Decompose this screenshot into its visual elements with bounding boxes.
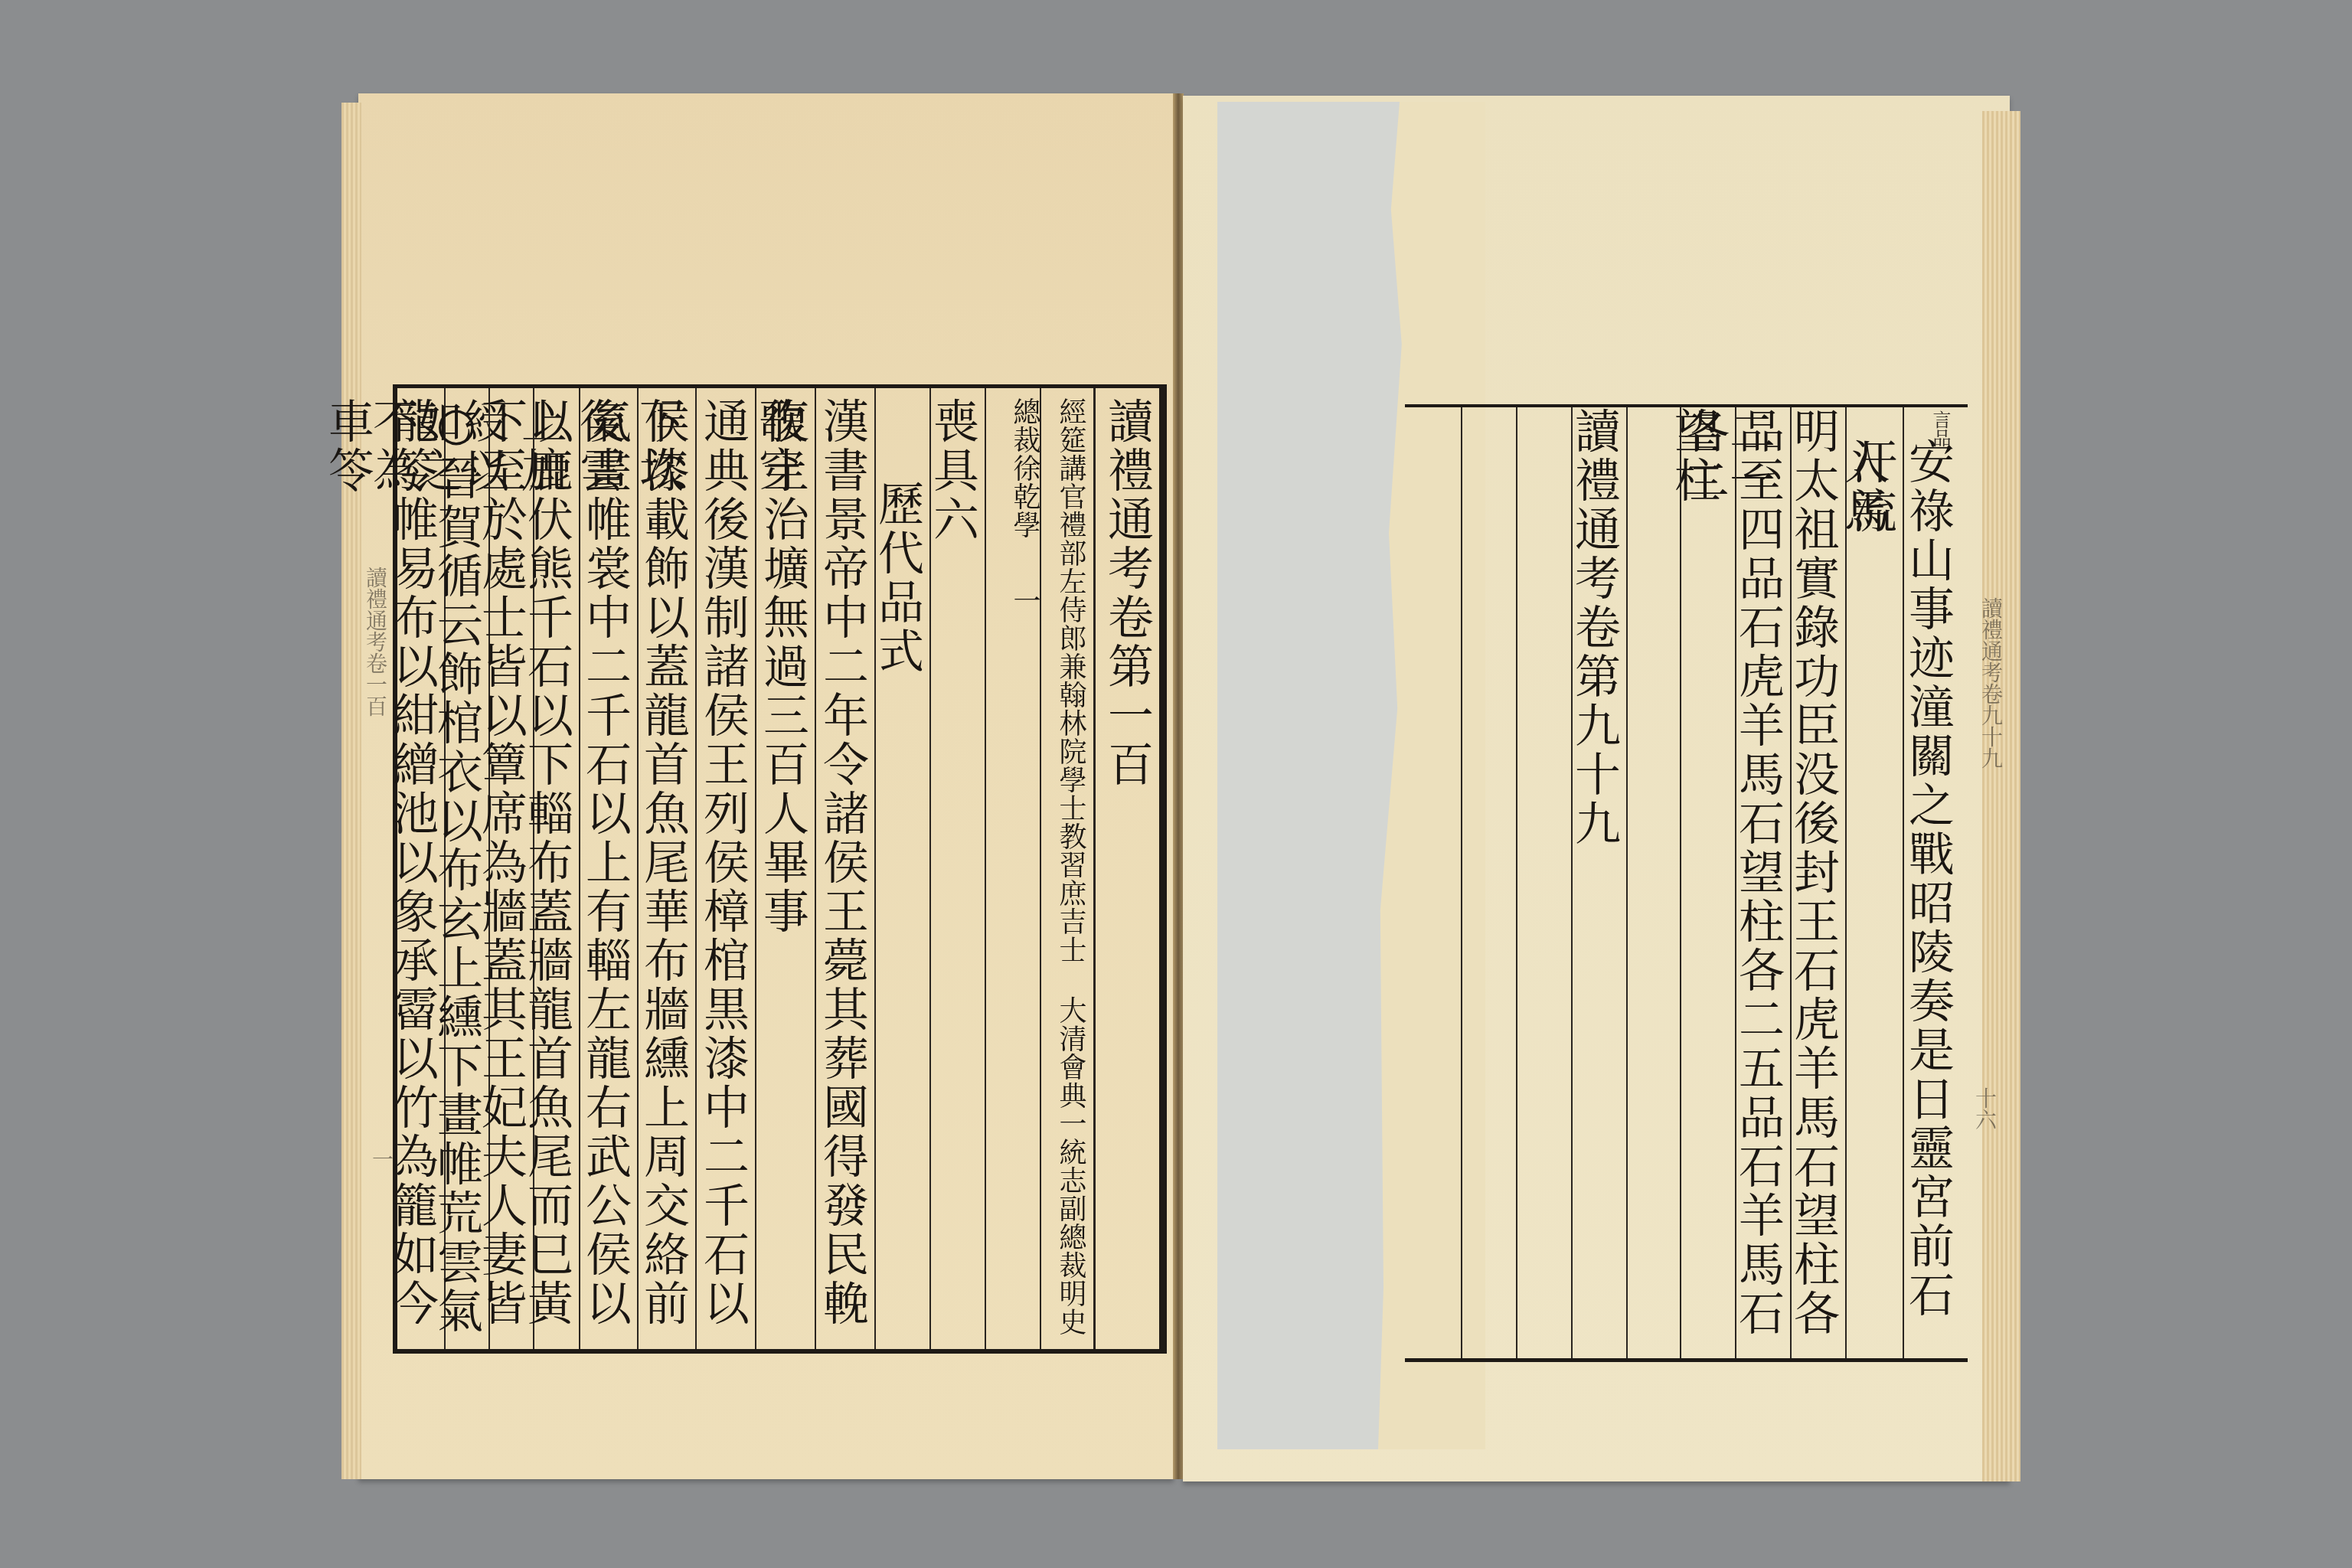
text-column: ○晉賀循云飾棺衣以布玄上纁下畫帷荒雲氣不為 (444, 388, 488, 1349)
text-column: 龍笭帷易布以紺繒池以象承霤以竹為籠如今車笭 (397, 388, 444, 1349)
blank-column (1626, 407, 1680, 1358)
section-heading: 喪具六 (929, 388, 985, 1349)
right-fold-margin-title: 讀禮通考卷九十九 (1975, 597, 2006, 769)
author-line: 經筵講官禮部左侍郎兼翰林院學士教習庶吉士 大清會典一統志副總裁明史總裁徐乾學 一 (1040, 388, 1093, 1349)
text-column: 品至四品石虎羊馬石望柱各二五品石羊馬石望柱 (1735, 407, 1790, 1358)
text-column: 以鹿伏熊千石以下輜布蓋牆龍首魚尾而巳黃綬以 (533, 388, 579, 1349)
repair-paper-insert (1217, 102, 1409, 1449)
left-text-frame: 讀禮通考卷第一百 經筵講官禮部左侍郎兼翰林院學士教習庶吉士 大清會典一統志副總裁… (393, 384, 1167, 1354)
volume-title: 讀禮通考卷第一百 (1093, 388, 1159, 1349)
text-column: 復土治壙無過三百人畢事 (755, 388, 815, 1349)
text-column: 氣畫帷裳中二千石以上有輜左龍右武公侯以上加 (579, 388, 637, 1349)
text-column: 各二 (1680, 407, 1735, 1358)
text-column: 漢書景帝中二年令諸侯王薨其葬國得發民輓歌穿 (815, 388, 874, 1349)
blank-column (1461, 407, 1516, 1358)
text-column: 汗流 (1845, 407, 1903, 1358)
text-column: 侯漆載飾以蓋龍首魚尾華布牆纁上周交絡前後雲 (637, 388, 695, 1349)
page-edge-stack (1982, 111, 2020, 1481)
end-title: 讀禮通考卷第九十九 (1571, 407, 1626, 1358)
blank-column (985, 388, 1040, 1349)
book-gutter (1173, 93, 1184, 1479)
subsection-heading: 歷代品式 (874, 388, 929, 1349)
left-fold-margin-leaf: 一 (366, 1148, 397, 1170)
left-fold-margin-title: 讀禮通考卷一百 (360, 567, 390, 717)
page-edge-stack (341, 103, 361, 1479)
text-column: 通典後漢制諸侯王列侯樟棺黒漆中二千石以下坎 (695, 388, 755, 1349)
text-column: 明太祖實錄功臣没後封王石虎羊馬石望柱各二一 (1790, 407, 1845, 1358)
right-fold-margin-leaf: 十六 (1969, 1087, 2000, 1130)
right-text-frame: 言品 安祿山事迹潼關之戰昭陵奏是日靈宮前石人馬 汗流 明太祖實錄功臣没後封王石虎… (1405, 404, 1968, 1362)
text-column: 安祿山事迹潼關之戰昭陵奏是日靈宮前石人馬 (1903, 407, 1960, 1358)
blank-column (1516, 407, 1571, 1358)
text-column: 下至於處士皆以簟席為牆蓋其王妃夫人妻皆如之 (488, 388, 533, 1349)
